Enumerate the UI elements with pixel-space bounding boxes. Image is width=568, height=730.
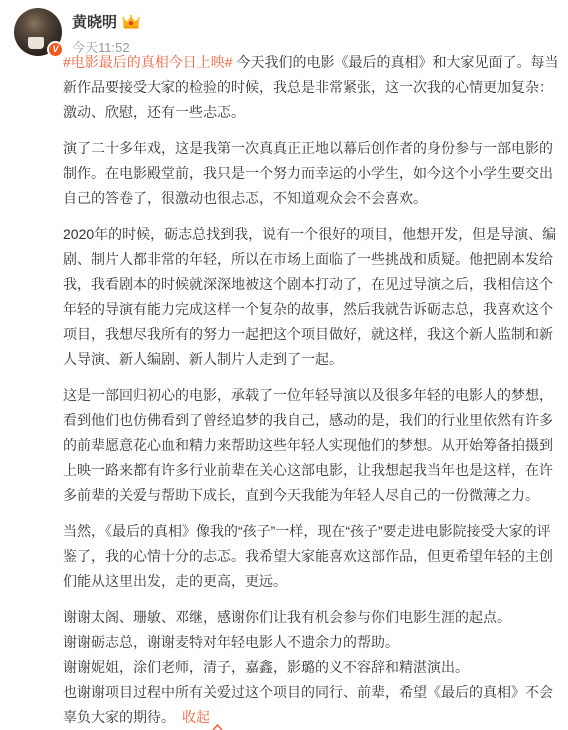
vip-crown-icon [122, 14, 140, 30]
author-row: 黄晓明 [72, 11, 140, 32]
weibo-post-card: V 黄晓明 今天11:52 #电影最后的真相今日上映# 今天我们的电影《最后的真… [0, 0, 568, 730]
collapse-link[interactable]: 收起 [182, 705, 223, 730]
post-content: #电影最后的真相今日上映# 今天我们的电影《最后的真相》和大家见面了。每当新作品… [63, 50, 561, 730]
hashtag-link[interactable]: #电影最后的真相今日上映# [63, 54, 233, 70]
thanks-line-1: 谢谢太阁、珊敏、邓继，感谢你们让我有机会参与你们电影生涯的起点。 [63, 605, 561, 630]
paragraph-5: 当然，《最后的真相》像我的“孩子”一样，现在“孩子”要走进电影院接受大家的评鉴了… [63, 519, 561, 594]
paragraph-1: #电影最后的真相今日上映# 今天我们的电影《最后的真相》和大家见面了。每当新作品… [63, 50, 561, 125]
thanks-line-3: 谢谢妮姐，涂们老师，清子，嘉鑫，影璐的义不容辞和精湛演出。 [63, 655, 561, 680]
paragraph-3: 2020年的时候，砺志总找到我，说有一个很好的项目，他想开发，但是导演、编剧、制… [63, 222, 561, 372]
collapse-label: 收起 [182, 705, 210, 730]
thanks-line-4: 也谢谢项目过程中所有关爱过这个项目的同行、前辈，希望《最后的真相》不会辜负大家的… [63, 680, 561, 730]
chevron-up-icon [212, 714, 223, 722]
paragraph-2: 演了二十多年戏，这是我第一次真真正正地以幕后创作者的身份参与一部电影的制作。在电… [63, 136, 561, 211]
verified-v-icon: V [47, 41, 64, 58]
author-name[interactable]: 黄晓明 [72, 11, 117, 32]
thanks-line-2: 谢谢砺志总，谢谢麦特对年轻电影人不遗余力的帮助。 [63, 630, 561, 655]
paragraph-4: 这是一部回归初心的电影，承载了一位年轻导演以及很多年轻的电影人的梦想，看到他们也… [63, 383, 561, 508]
avatar-cup-detail [28, 37, 44, 49]
avatar[interactable]: V [14, 8, 62, 56]
thanks-line-4-text: 也谢谢项目过程中所有关爱过这个项目的同行、前辈，希望《最后的真相》不会辜负大家的… [63, 684, 553, 725]
